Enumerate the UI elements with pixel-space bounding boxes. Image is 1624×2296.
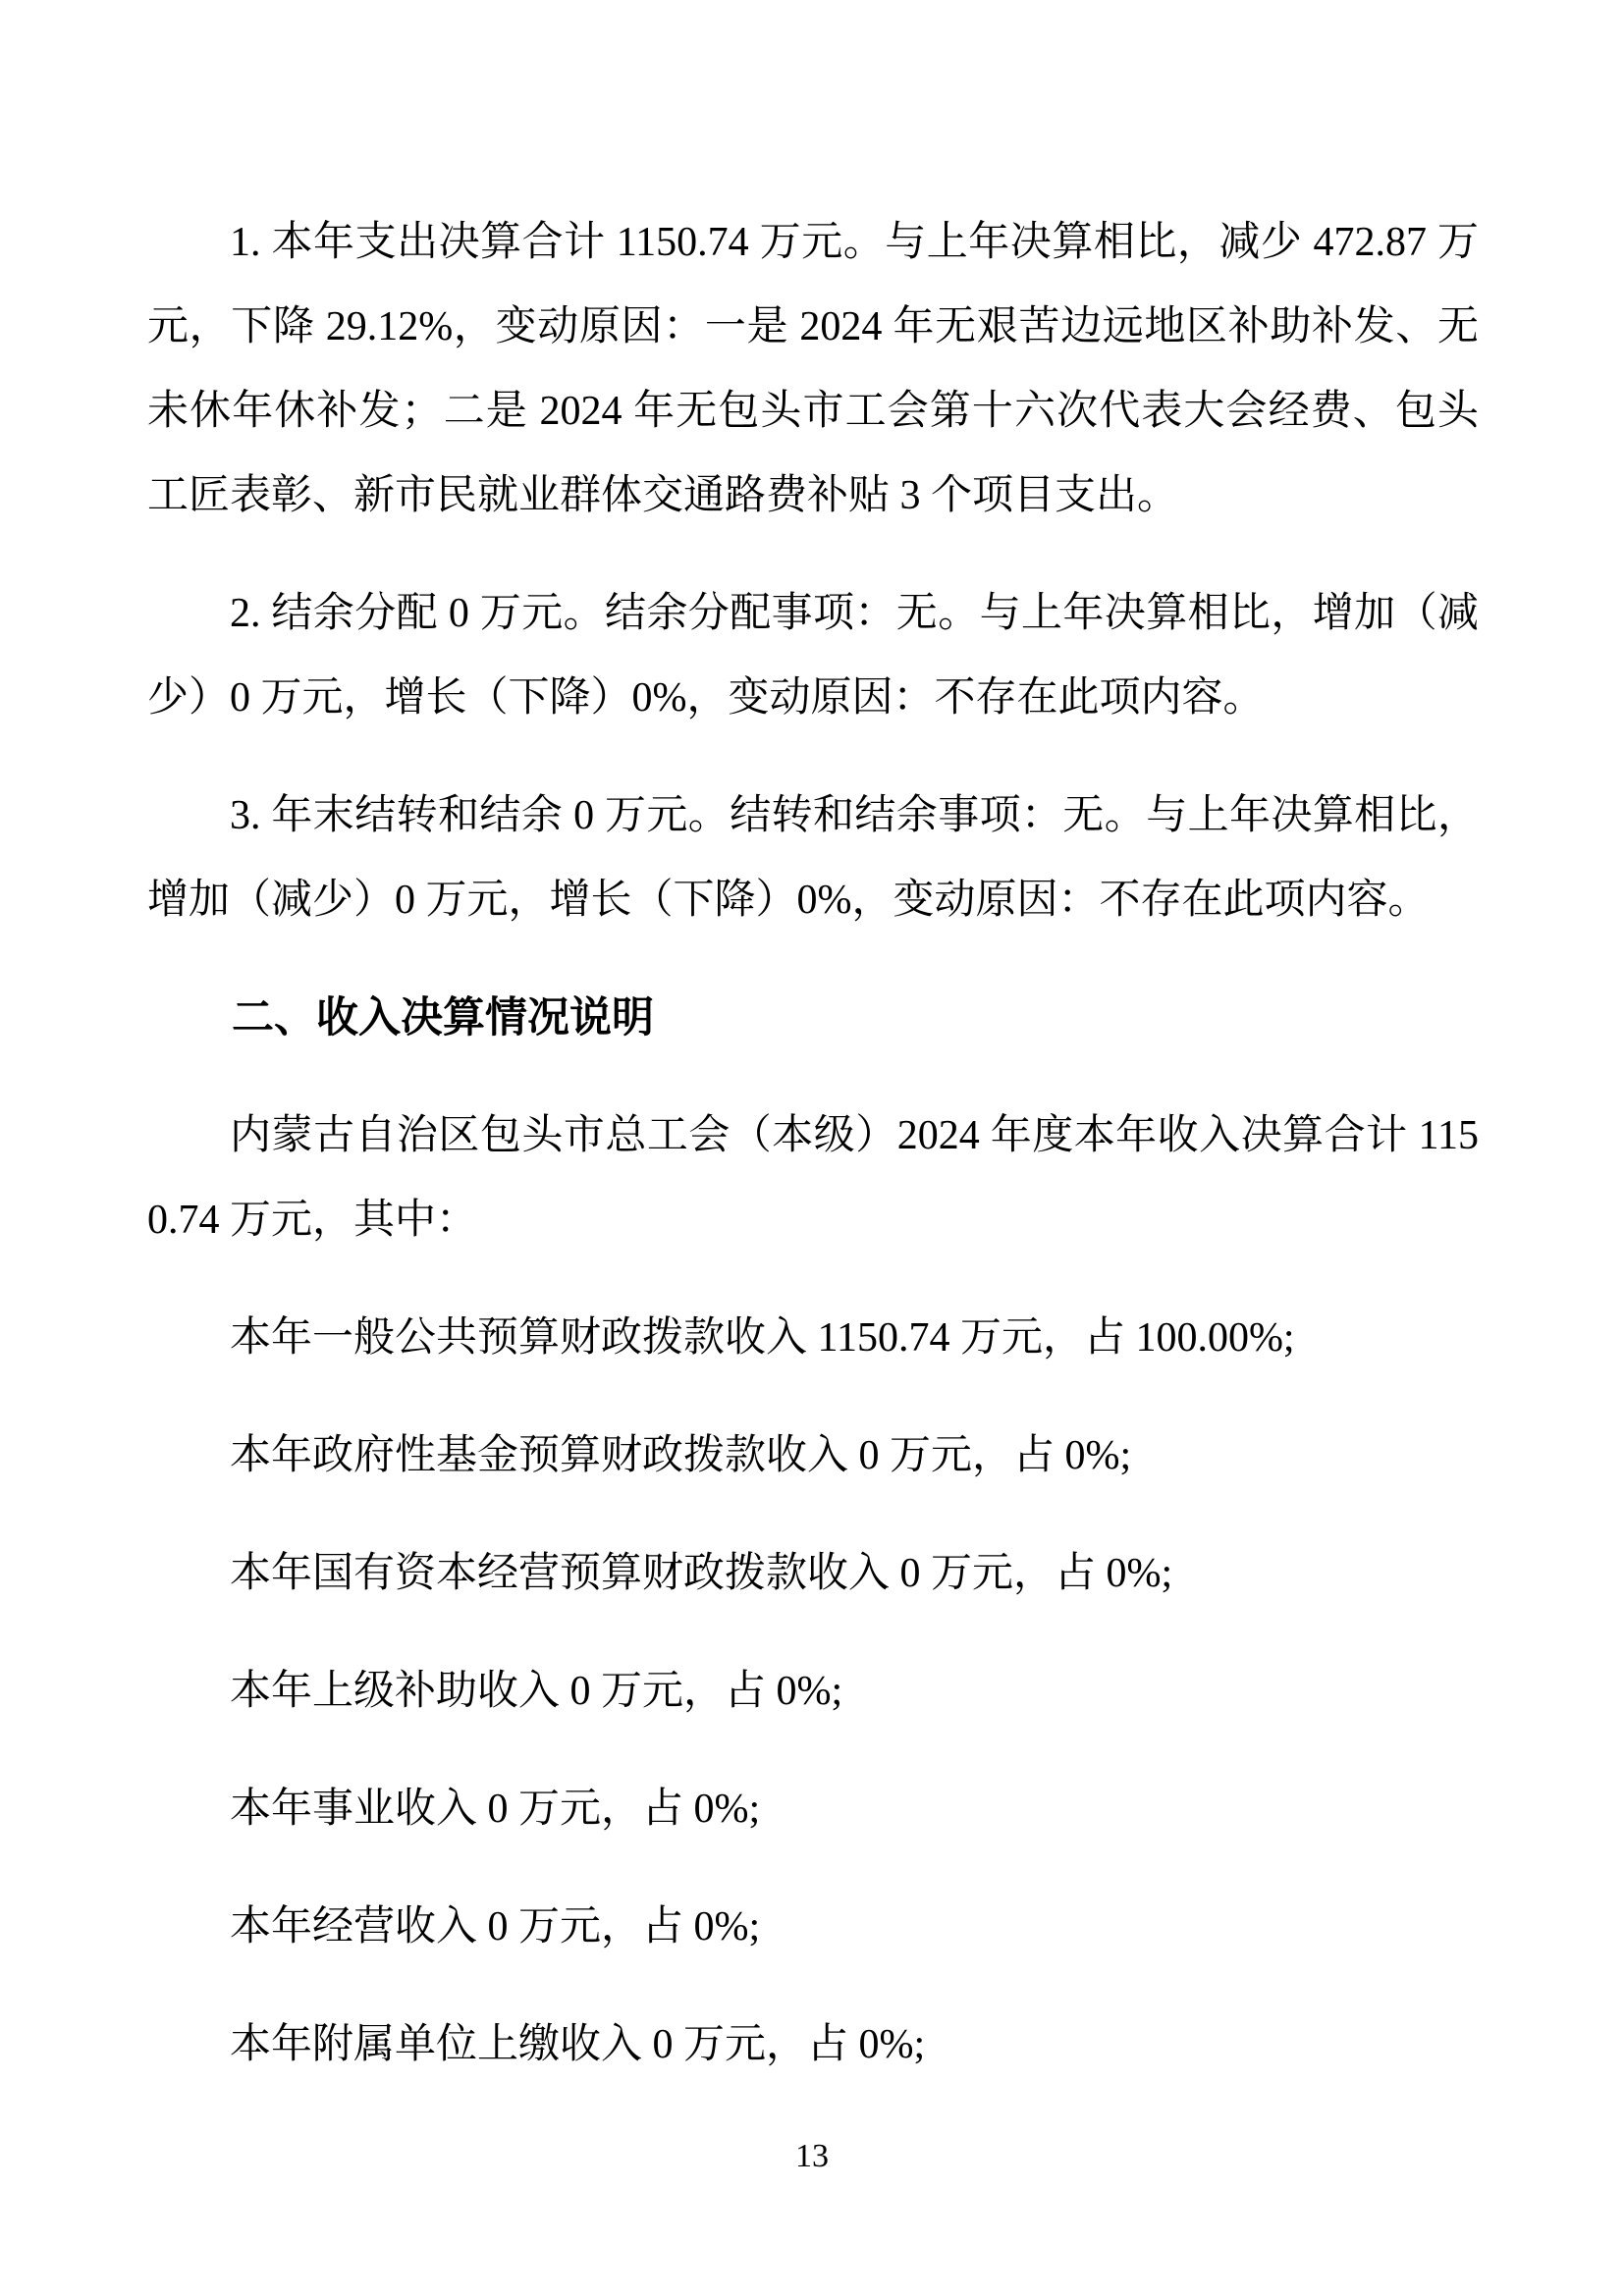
page-number: 13 — [0, 2137, 1624, 2176]
document-page: 1. 本年支出决算合计 1150.74 万元。与上年决算相比，减少 472.87… — [0, 0, 1624, 2296]
expenditure-note-1: 1. 本年支出决算合计 1150.74 万元。与上年决算相比，减少 472.87… — [147, 200, 1479, 538]
income-item-general-public-budget: 本年一般公共预算财政拨款收入 1150.74 万元，占 100.00%; — [147, 1296, 1479, 1380]
income-section-heading: 二、收入决算情况说明 — [147, 976, 1479, 1060]
income-item-government-fund-budget: 本年政府性基金预算财政拨款收入 0 万元，占 0%; — [147, 1414, 1479, 1498]
income-item-operating-income: 本年经营收入 0 万元，占 0%; — [147, 1885, 1479, 1969]
income-item-state-capital-budget: 本年国有资本经营预算财政拨款收入 0 万元，占 0%; — [147, 1531, 1479, 1616]
income-item-business-income: 本年事业收入 0 万元，占 0%; — [147, 1767, 1479, 1851]
expenditure-note-3: 3. 年末结转和结余 0 万元。结转和结余事项：无。与上年决算相比，增加（减少）… — [147, 774, 1479, 942]
income-item-superior-subsidy: 本年上级补助收入 0 万元，占 0%; — [147, 1649, 1479, 1734]
income-item-affiliated-unit-income: 本年附属单位上缴收入 0 万元，占 0%; — [147, 2002, 1479, 2087]
expenditure-note-2: 2. 结余分配 0 万元。结余分配事项：无。与上年决算相比，增加（减少）0 万元… — [147, 571, 1479, 740]
income-intro: 内蒙古自治区包头市总工会（本级）2024 年度本年收入决算合计 1150.74 … — [147, 1094, 1479, 1262]
document-body: 1. 本年支出决算合计 1150.74 万元。与上年决算相比，减少 472.87… — [147, 200, 1479, 2120]
